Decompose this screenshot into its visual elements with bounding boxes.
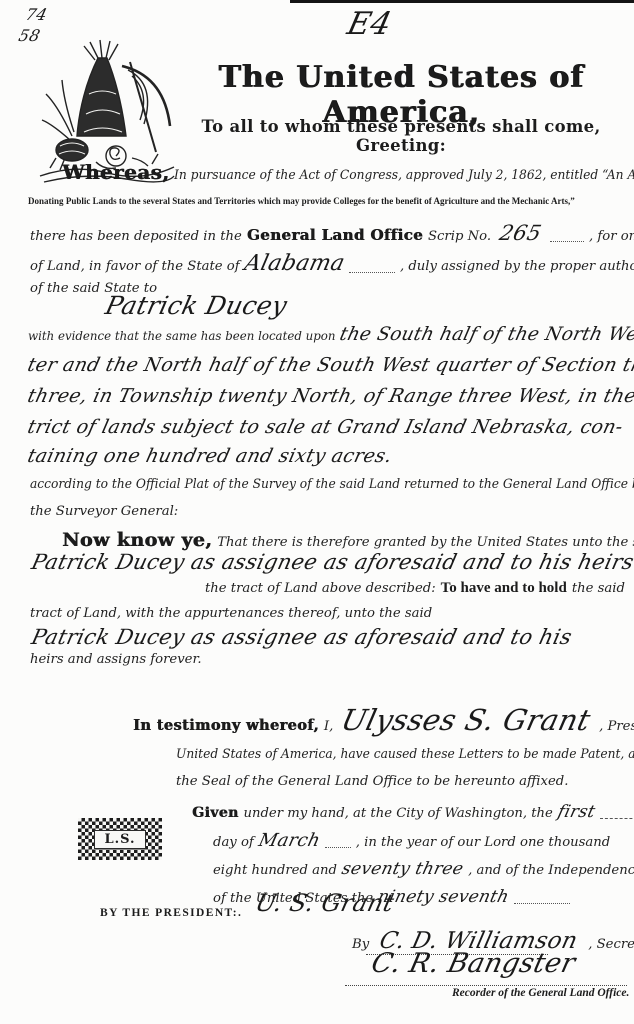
favor-pre: of Land, in favor of the State of: [30, 259, 240, 274]
testimony-line-2: United States of America, have caused th…: [176, 747, 634, 762]
whereas-line: Whereas, In pursuance of the Act of Cong…: [62, 160, 634, 184]
signature-rule: [345, 985, 627, 986]
month-handwritten: March: [256, 830, 322, 851]
donating-text: Donating Public Lands to the several Sta…: [28, 196, 575, 207]
given-line-3: eight hundred and seventy three , and of…: [213, 859, 634, 879]
tract-line: tract of Land, with the appurtenances th…: [30, 606, 432, 621]
by-the-president-label: BY THE PRESIDENT:.: [100, 907, 242, 919]
deposited-post: , for one quarter section: [589, 229, 634, 244]
testimony-line-3: the Seal of the General Land Office to b…: [176, 774, 568, 789]
ls-seal: L.S.: [78, 818, 162, 860]
forever-line: heirs and assigns forever.: [30, 652, 202, 667]
now-know-ye-word: Now know ye,: [62, 529, 212, 551]
land-patent-document: 74 58 E4: [0, 0, 634, 1024]
testimony-text-3: the Seal of the General Land Office to b…: [176, 774, 568, 789]
now-know-ye-line: Now know ye, That there is therefore gra…: [62, 529, 634, 551]
dotted-rule: [514, 903, 570, 904]
land-desc-line: ter and the North half of the South West…: [28, 354, 634, 376]
testimony-line-1: In testimony whereof, I, Ulysses S. Gran…: [133, 703, 634, 737]
year-handwritten: seventy three: [340, 859, 466, 879]
given-text-2a: day of: [213, 835, 254, 850]
land-desc-handwritten-4: taining one hundred and sixty acres.: [25, 445, 394, 467]
dotted-rule: [349, 272, 395, 273]
evidence-text: with evidence that the same has been loc…: [28, 329, 335, 343]
grantee-heirs-handwritten: Patrick Ducey as assignee as aforesaid a…: [29, 550, 634, 574]
dashed-rule: [600, 818, 634, 819]
corner-number-top: 74: [24, 5, 49, 24]
plat-line-1: according to the Official Plat of the Su…: [30, 477, 634, 492]
president-of-text: , President of the: [599, 719, 634, 734]
grantee-name-handwritten: Patrick Ducey: [103, 291, 290, 320]
secretary-title-text: , Secretary.: [588, 937, 634, 952]
grantee-heirs-line: Patrick Ducey as assignee as aforesaid a…: [32, 550, 634, 574]
the-said-text: the said: [572, 581, 625, 596]
land-desc-line: taining one hundred and sixty acres.: [28, 445, 392, 467]
land-desc-handwritten-1: ter and the North half of the South West…: [25, 354, 634, 376]
favor-post: , duly assigned by the proper authority: [400, 259, 634, 274]
by-word: By: [352, 937, 369, 952]
described-text: the tract of Land above described:: [205, 581, 436, 596]
given-text-3a: eight hundred and: [213, 863, 337, 878]
to-have-line: the tract of Land above described: To ha…: [205, 580, 625, 597]
given-text-1: under my hand, at the City of Washington…: [244, 806, 553, 821]
state-name-handwritten: Alabama: [242, 251, 347, 276]
recorder-title-line: Recorder of the General Land Office.: [452, 987, 629, 999]
granted-text: That there is therefore granted by the U…: [217, 535, 634, 550]
greeting-line: To all to whom these presents shall come…: [168, 117, 634, 155]
grant-signature-handwritten: U. S. Grant: [253, 889, 397, 917]
given-word: Given: [192, 805, 239, 821]
dotted-rule: [550, 241, 584, 242]
recorder-signature-line: C. R. Bangster: [372, 948, 575, 979]
plat-line-2: the Surveyor General:: [30, 504, 178, 519]
tract-text: tract of Land, with the appurtenances th…: [30, 606, 432, 621]
i-word: I,: [324, 719, 333, 734]
given-text-3b: , and of the Independence: [468, 863, 634, 878]
scan-edge-line: [290, 0, 634, 3]
to-have-and-to-hold: To have and to hold: [441, 580, 567, 597]
forever-text: heirs and assigns forever.: [30, 652, 202, 667]
deposited-pre: there has been deposited in the: [30, 229, 242, 244]
land-desc-handwritten-3: trict of lands subject to sale at Grand …: [25, 416, 625, 438]
in-testimony-word: In testimony whereof,: [133, 717, 319, 734]
general-land-office-word: General Land Office: [247, 226, 423, 244]
whereas-word: Whereas,: [62, 160, 169, 184]
given-line-1: Given under my hand, at the City of Wash…: [192, 802, 634, 822]
land-desc-line: trict of lands subject to sale at Grand …: [28, 416, 623, 438]
testimony-text-2: United States of America, have caused th…: [176, 747, 634, 762]
ls-seal-label: L.S.: [94, 830, 145, 849]
donating-line: Donating Public Lands to the several Sta…: [28, 196, 622, 207]
land-desc-handwritten-2: three, in Township twenty North, of Rang…: [25, 385, 634, 407]
scrip-number-handwritten: 265: [497, 221, 544, 245]
land-desc-handwritten-0: the South half of the North West quar-: [338, 324, 634, 345]
evidence-line: with evidence that the same has been loc…: [28, 324, 634, 345]
recorder-signature-handwritten: C. R. Bangster: [368, 948, 578, 979]
by-the-president-text: BY THE PRESIDENT:.: [100, 907, 242, 919]
favor-line: of Land, in favor of the State of Alabam…: [30, 251, 634, 276]
given-line-2: day of March , in the year of our Lord o…: [213, 830, 610, 851]
plat-text-2: the Surveyor General:: [30, 504, 178, 519]
plat-text-1: according to the Official Plat of the Su…: [30, 477, 634, 492]
deposit-line: there has been deposited in the General …: [30, 221, 634, 245]
day-handwritten: first: [556, 802, 598, 822]
recorder-title-text: Recorder of the General Land Office.: [452, 987, 629, 999]
docket-mark: E4: [344, 6, 395, 42]
dotted-rule: [325, 847, 351, 848]
president-autograph-line: U. S. Grant: [256, 889, 393, 917]
grantee-name-line: Patrick Ducey: [106, 291, 287, 320]
grantee-repeat-line: Patrick Ducey as assignee as aforesaid a…: [32, 625, 572, 649]
president-name-handwritten: Ulysses S. Grant: [338, 703, 594, 737]
grantee-repeat-handwritten: Patrick Ducey as assignee as aforesaid a…: [29, 625, 574, 649]
scrip-label: Scrip No.: [428, 229, 491, 244]
pursuance-text: In pursuance of the Act of Congress, app…: [174, 168, 634, 183]
land-desc-line: three, in Township twenty North, of Rang…: [28, 385, 634, 407]
given-text-2b: , in the year of our Lord one thousand: [356, 835, 610, 850]
